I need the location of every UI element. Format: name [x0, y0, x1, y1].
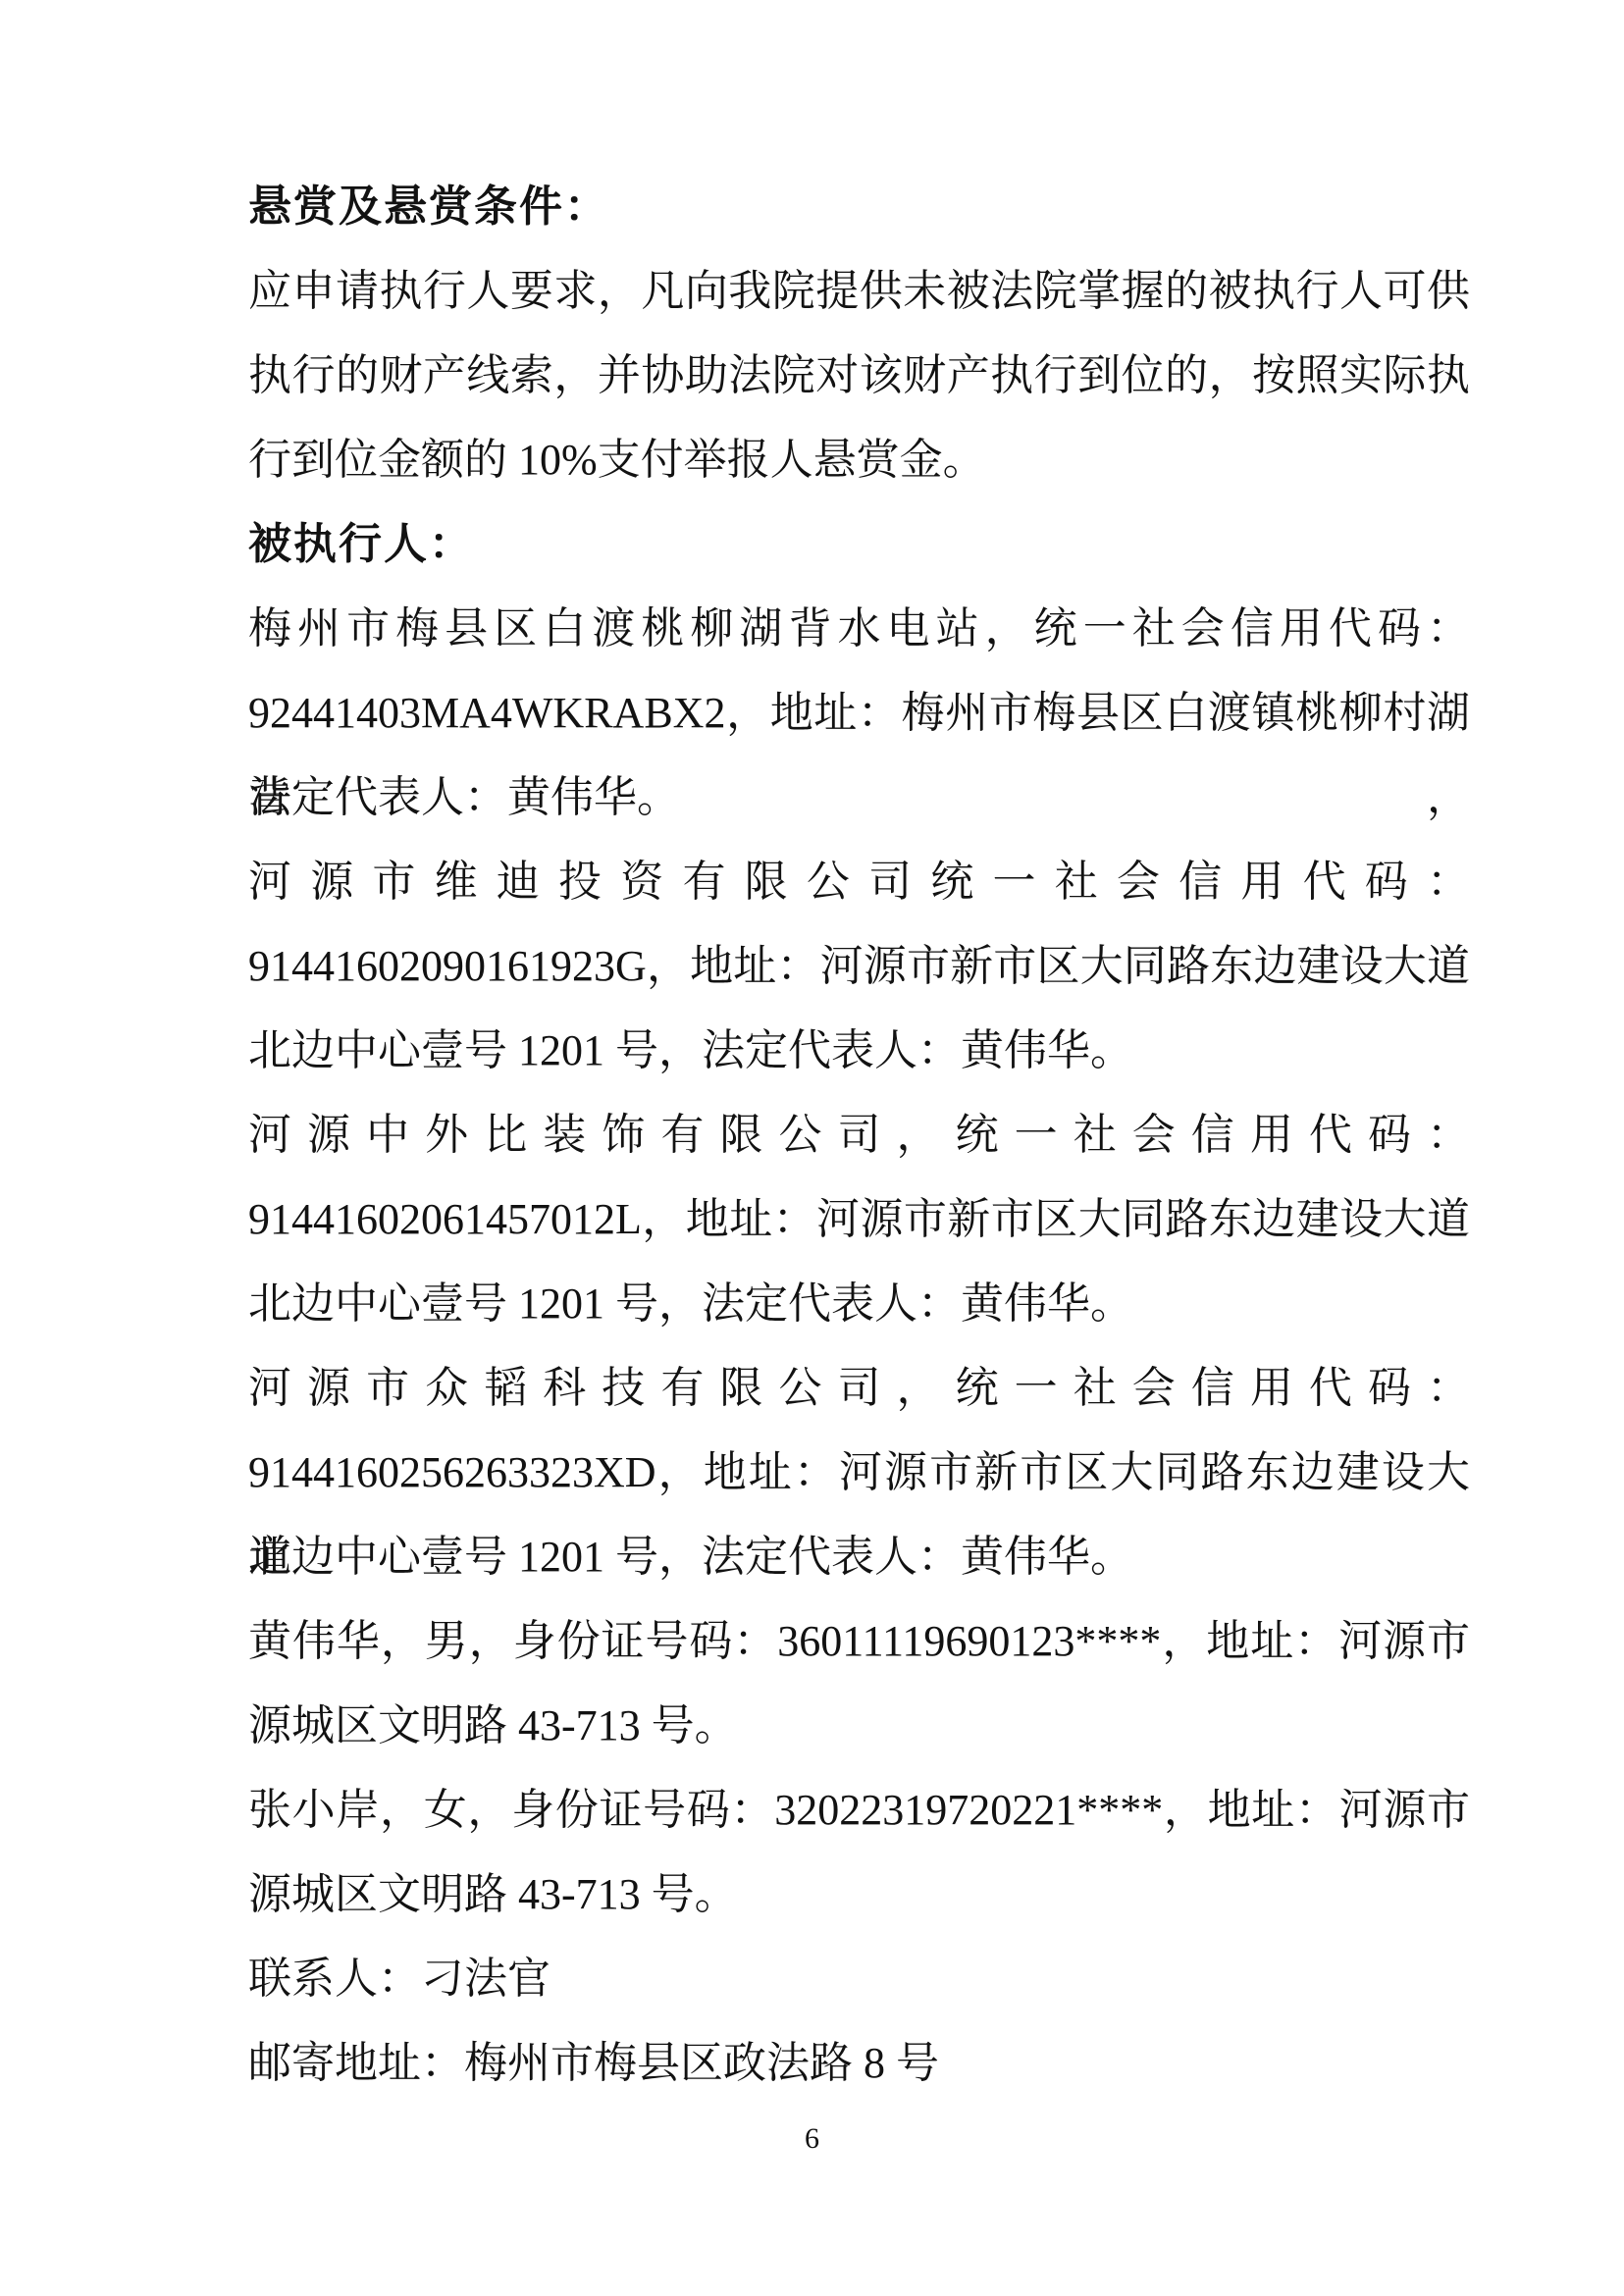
debtor-5-line: 源城区文明路 43-713 号。: [248, 1684, 1470, 1768]
page-number: 6: [0, 2121, 1624, 2157]
heading-reward-conditions: 悬赏及悬赏条件：: [248, 165, 1470, 249]
heading-judgment-debtors: 被执行人：: [248, 502, 1470, 587]
debtor-6-line: 源城区文明路 43-713 号。: [248, 1852, 1470, 1937]
debtor-1-line: 梅州市梅县区白渡桃柳湖背水电站，统一社会信用代码：: [248, 587, 1470, 671]
debtor-2-line: 北边中心壹号 1201 号，法定代表人：黄伟华。: [248, 1009, 1470, 1093]
reward-text-line: 执行的财产线索，并协助法院对该财产执行到位的，按照实际执: [248, 334, 1470, 418]
debtor-5-line: 黄伟华，男，身份证号码：36011119690123****，地址：河源市: [248, 1599, 1470, 1684]
contact-person-line: 联系人：刁法官: [248, 1937, 1470, 2021]
debtor-4-line: 9144160256263323XD，地址：河源市新市区大同路东边建设大道: [248, 1431, 1470, 1515]
debtor-3-line: 河源中外比装饰有限公司，统一社会信用代码：: [248, 1093, 1470, 1177]
debtor-3-line: 北边中心壹号 1201 号，法定代表人：黄伟华。: [248, 1262, 1470, 1346]
debtor-4-line: 河源市众韬科技有限公司，统一社会信用代码：: [248, 1346, 1470, 1431]
debtor-2-line: 91441602090161923G，地址：河源市新市区大同路东边建设大道: [248, 924, 1470, 1009]
debtor-6-line: 张小岸，女，身份证号码：32022319720221****，地址：河源市: [248, 1768, 1470, 1852]
reward-text-line: 应申请执行人要求，凡向我院提供未被法院掌握的被执行人可供: [248, 249, 1470, 334]
debtor-1-line: 92441403MA4WKRABX2，地址：梅州市梅县区白渡镇桃柳村湖背，: [248, 671, 1470, 756]
mailing-address-line: 邮寄地址：梅州市梅县区政法路 8 号: [248, 2021, 1470, 2106]
debtor-3-line: 91441602061457012L，地址：河源市新市区大同路东边建设大道: [248, 1177, 1470, 1262]
debtor-2-line: 河源市维迪投资有限公司统一社会信用代码：: [248, 840, 1470, 924]
debtor-4-line: 北边中心壹号 1201 号，法定代表人：黄伟华。: [248, 1515, 1470, 1599]
document-page: 悬赏及悬赏条件：应申请执行人要求，凡向我院提供未被法院掌握的被执行人可供执行的财…: [0, 0, 1624, 2296]
reward-text-line: 行到位金额的 10%支付举报人悬赏金。: [248, 418, 1470, 502]
document-body: 悬赏及悬赏条件：应申请执行人要求，凡向我院提供未被法院掌握的被执行人可供执行的财…: [248, 165, 1470, 2106]
